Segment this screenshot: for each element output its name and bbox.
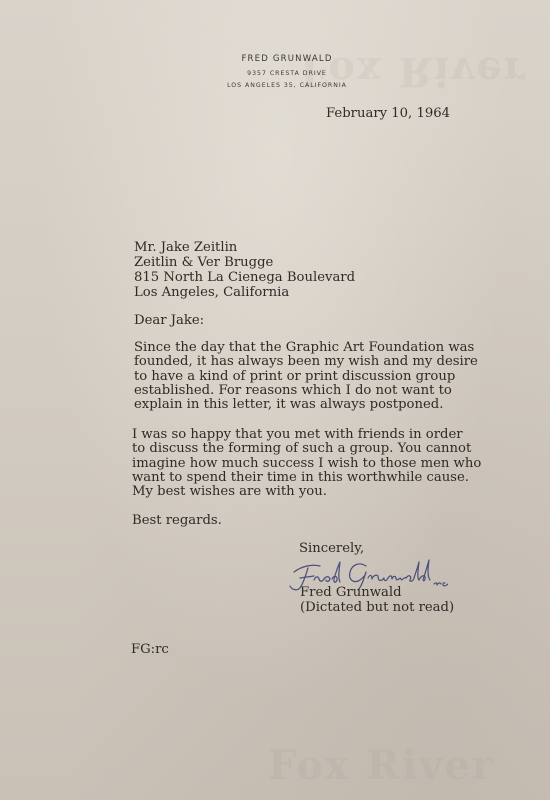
- recipient-line: Zeitlin & Ver Brugge: [134, 255, 355, 270]
- closing: Sincerely,: [299, 541, 364, 556]
- body-line: established. For reasons which I do not …: [134, 383, 478, 397]
- signer-note: (Dictated but not read): [300, 600, 454, 615]
- body-line: imagine how much success I wish to those…: [132, 456, 481, 470]
- body-line: My best wishes are with you.: [132, 484, 481, 498]
- body-line: to discuss the forming of such a group. …: [132, 441, 481, 455]
- letterhead-street: 9357 Cresta Drive: [12, 70, 550, 77]
- body-line: I was so happy that you met with friends…: [132, 427, 481, 441]
- body-line: explain in this letter, it was always po…: [134, 397, 478, 411]
- signer-name: Fred Grunwald: [300, 585, 402, 600]
- body-line: want to spend their time in this worthwh…: [132, 470, 481, 484]
- regards: Best regards.: [132, 513, 222, 528]
- body-line: founded, it has always been my wish and …: [134, 354, 478, 368]
- recipient-line: Los Angeles, California: [134, 285, 355, 300]
- recipient-line: Mr. Jake Zeitlin: [134, 240, 355, 255]
- recipient-line: 815 North La Cienega Boulevard: [134, 270, 355, 285]
- recipient-address: Mr. Jake Zeitlin Zeitlin & Ver Brugge 81…: [134, 240, 355, 300]
- letterhead-name: Fred Grunwald: [12, 54, 550, 64]
- body-line: to have a kind of print or print discuss…: [134, 369, 478, 383]
- letterhead-city: Los Angeles 35, California: [12, 82, 550, 89]
- body-line: Since the day that the Graphic Art Found…: [134, 340, 478, 354]
- body-paragraph-2: I was so happy that you met with friends…: [132, 427, 481, 498]
- reference-initials: FG:rc: [131, 642, 169, 657]
- letter-paper: Fox River Fox River Fred Grunwald 9357 C…: [0, 0, 550, 800]
- watermark-bottom: Fox River: [268, 742, 495, 789]
- salutation: Dear Jake:: [134, 313, 204, 328]
- letter-date: February 10, 1964: [326, 106, 450, 121]
- body-paragraph-1: Since the day that the Graphic Art Found…: [134, 340, 478, 411]
